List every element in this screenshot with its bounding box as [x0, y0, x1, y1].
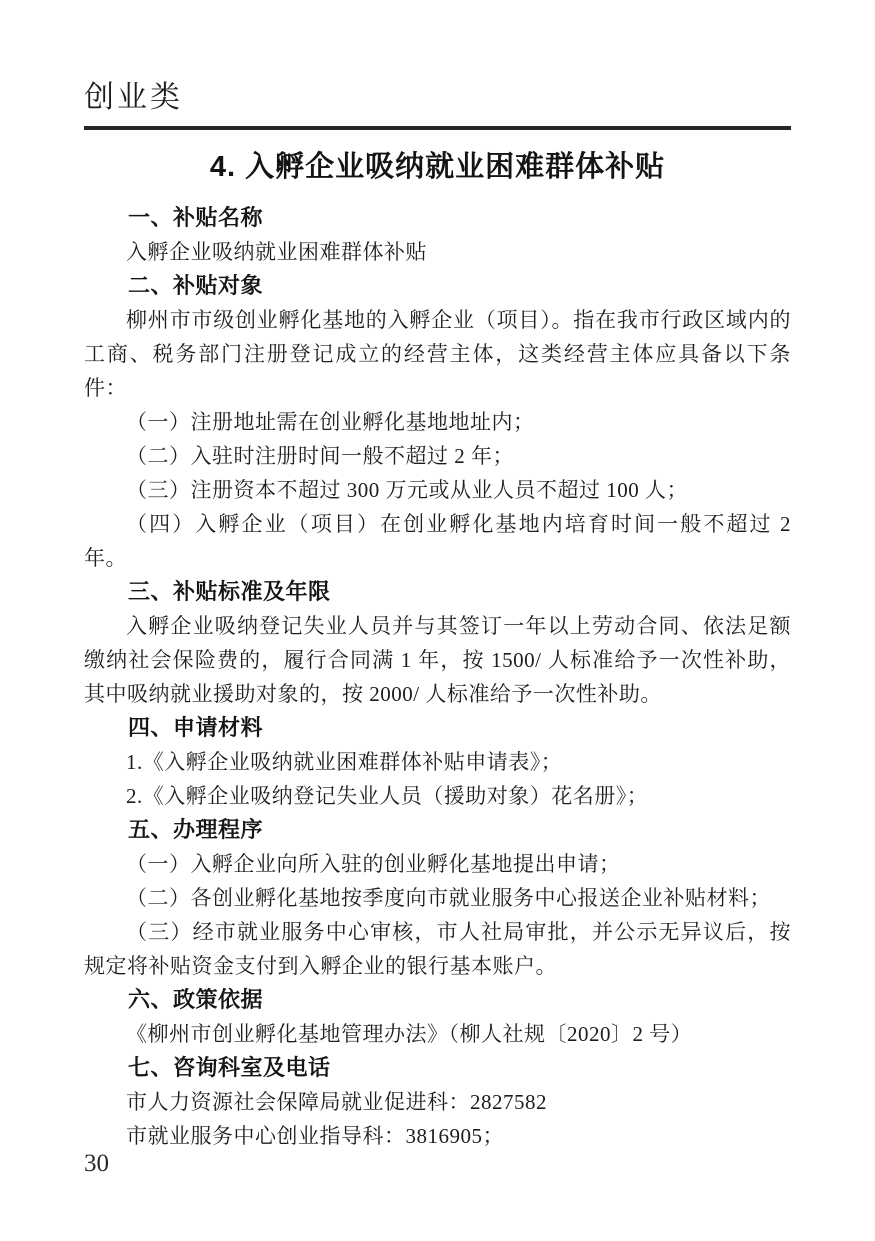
section-procedure: 五、办理程序 （一）入孵企业向所入驻的创业孵化基地提出申请； （二）各创业孵化基… — [84, 813, 791, 983]
condition-item: （三）注册资本不超过 300 万元或从业人员不超过 100 人； — [84, 473, 791, 507]
section-heading: 六、政策依据 — [84, 983, 791, 1017]
paragraph: 入孵企业吸纳登记失业人员并与其签订一年以上劳动合同、依法足额缴纳社会保险费的，履… — [84, 609, 791, 711]
condition-item: （四）入孵企业（项目）在创业孵化基地内培育时间一般不超过 2 年。 — [84, 507, 791, 575]
procedure-step: （二）各创业孵化基地按季度向市就业服务中心报送企业补贴材料； — [84, 881, 791, 915]
condition-item: （一）注册地址需在创业孵化基地地址内； — [84, 405, 791, 439]
paragraph: 柳州市市级创业孵化基地的入孵企业（项目）。指在我市行政区域内的工商、税务部门注册… — [84, 303, 791, 405]
procedure-step: （一）入孵企业向所入驻的创业孵化基地提出申请； — [84, 847, 791, 881]
section-subsidy-name: 一、补贴名称 入孵企业吸纳就业困难群体补贴 — [84, 201, 791, 269]
page-number: 30 — [84, 1148, 109, 1180]
section-policy-basis: 六、政策依据 《柳州市创业孵化基地管理办法》（柳人社规〔2020〕2 号） — [84, 983, 791, 1051]
section-application-materials: 四、申请材料 1.《入孵企业吸纳就业困难群体补贴申请表》； 2.《入孵企业吸纳登… — [84, 711, 791, 813]
material-item: 2.《入孵企业吸纳登记失业人员（援助对象）花名册》； — [84, 779, 791, 813]
material-item: 1.《入孵企业吸纳就业困难群体补贴申请表》； — [84, 745, 791, 779]
section-heading: 四、申请材料 — [84, 711, 791, 745]
contact-line: 市就业服务中心创业指导科：3816905； — [84, 1119, 791, 1153]
chapter-category-label: 创业类 — [84, 80, 791, 116]
paragraph: 《柳州市创业孵化基地管理办法》（柳人社规〔2020〕2 号） — [84, 1017, 791, 1051]
section-heading: 一、补贴名称 — [84, 201, 791, 235]
condition-item: （二）入驻时注册时间一般不超过 2 年； — [84, 439, 791, 473]
document-page: 创业类 4. 入孵企业吸纳就业困难群体补贴 一、补贴名称 入孵企业吸纳就业困难群… — [0, 0, 875, 1241]
section-subsidy-standard: 三、补贴标准及年限 入孵企业吸纳登记失业人员并与其签订一年以上劳动合同、依法足额… — [84, 575, 791, 711]
page-header: 创业类 — [84, 80, 791, 130]
section-contact-info: 七、咨询科室及电话 市人力资源社会保障局就业促进科：2827582 市就业服务中… — [84, 1051, 791, 1153]
section-heading: 二、补贴对象 — [84, 269, 791, 303]
section-heading: 五、办理程序 — [84, 813, 791, 847]
article-title: 4. 入孵企业吸纳就业困难群体补贴 — [84, 149, 791, 185]
section-heading: 七、咨询科室及电话 — [84, 1051, 791, 1085]
paragraph: 入孵企业吸纳就业困难群体补贴 — [84, 235, 791, 269]
article-body: 一、补贴名称 入孵企业吸纳就业困难群体补贴 二、补贴对象 柳州市市级创业孵化基地… — [84, 201, 791, 1153]
section-heading: 三、补贴标准及年限 — [84, 575, 791, 609]
header-divider-rule — [84, 126, 791, 130]
procedure-step: （三）经市就业服务中心审核，市人社局审批，并公示无异议后，按规定将补贴资金支付到… — [84, 915, 791, 983]
section-subsidy-target: 二、补贴对象 柳州市市级创业孵化基地的入孵企业（项目）。指在我市行政区域内的工商… — [84, 269, 791, 575]
contact-line: 市人力资源社会保障局就业促进科：2827582 — [84, 1085, 791, 1119]
